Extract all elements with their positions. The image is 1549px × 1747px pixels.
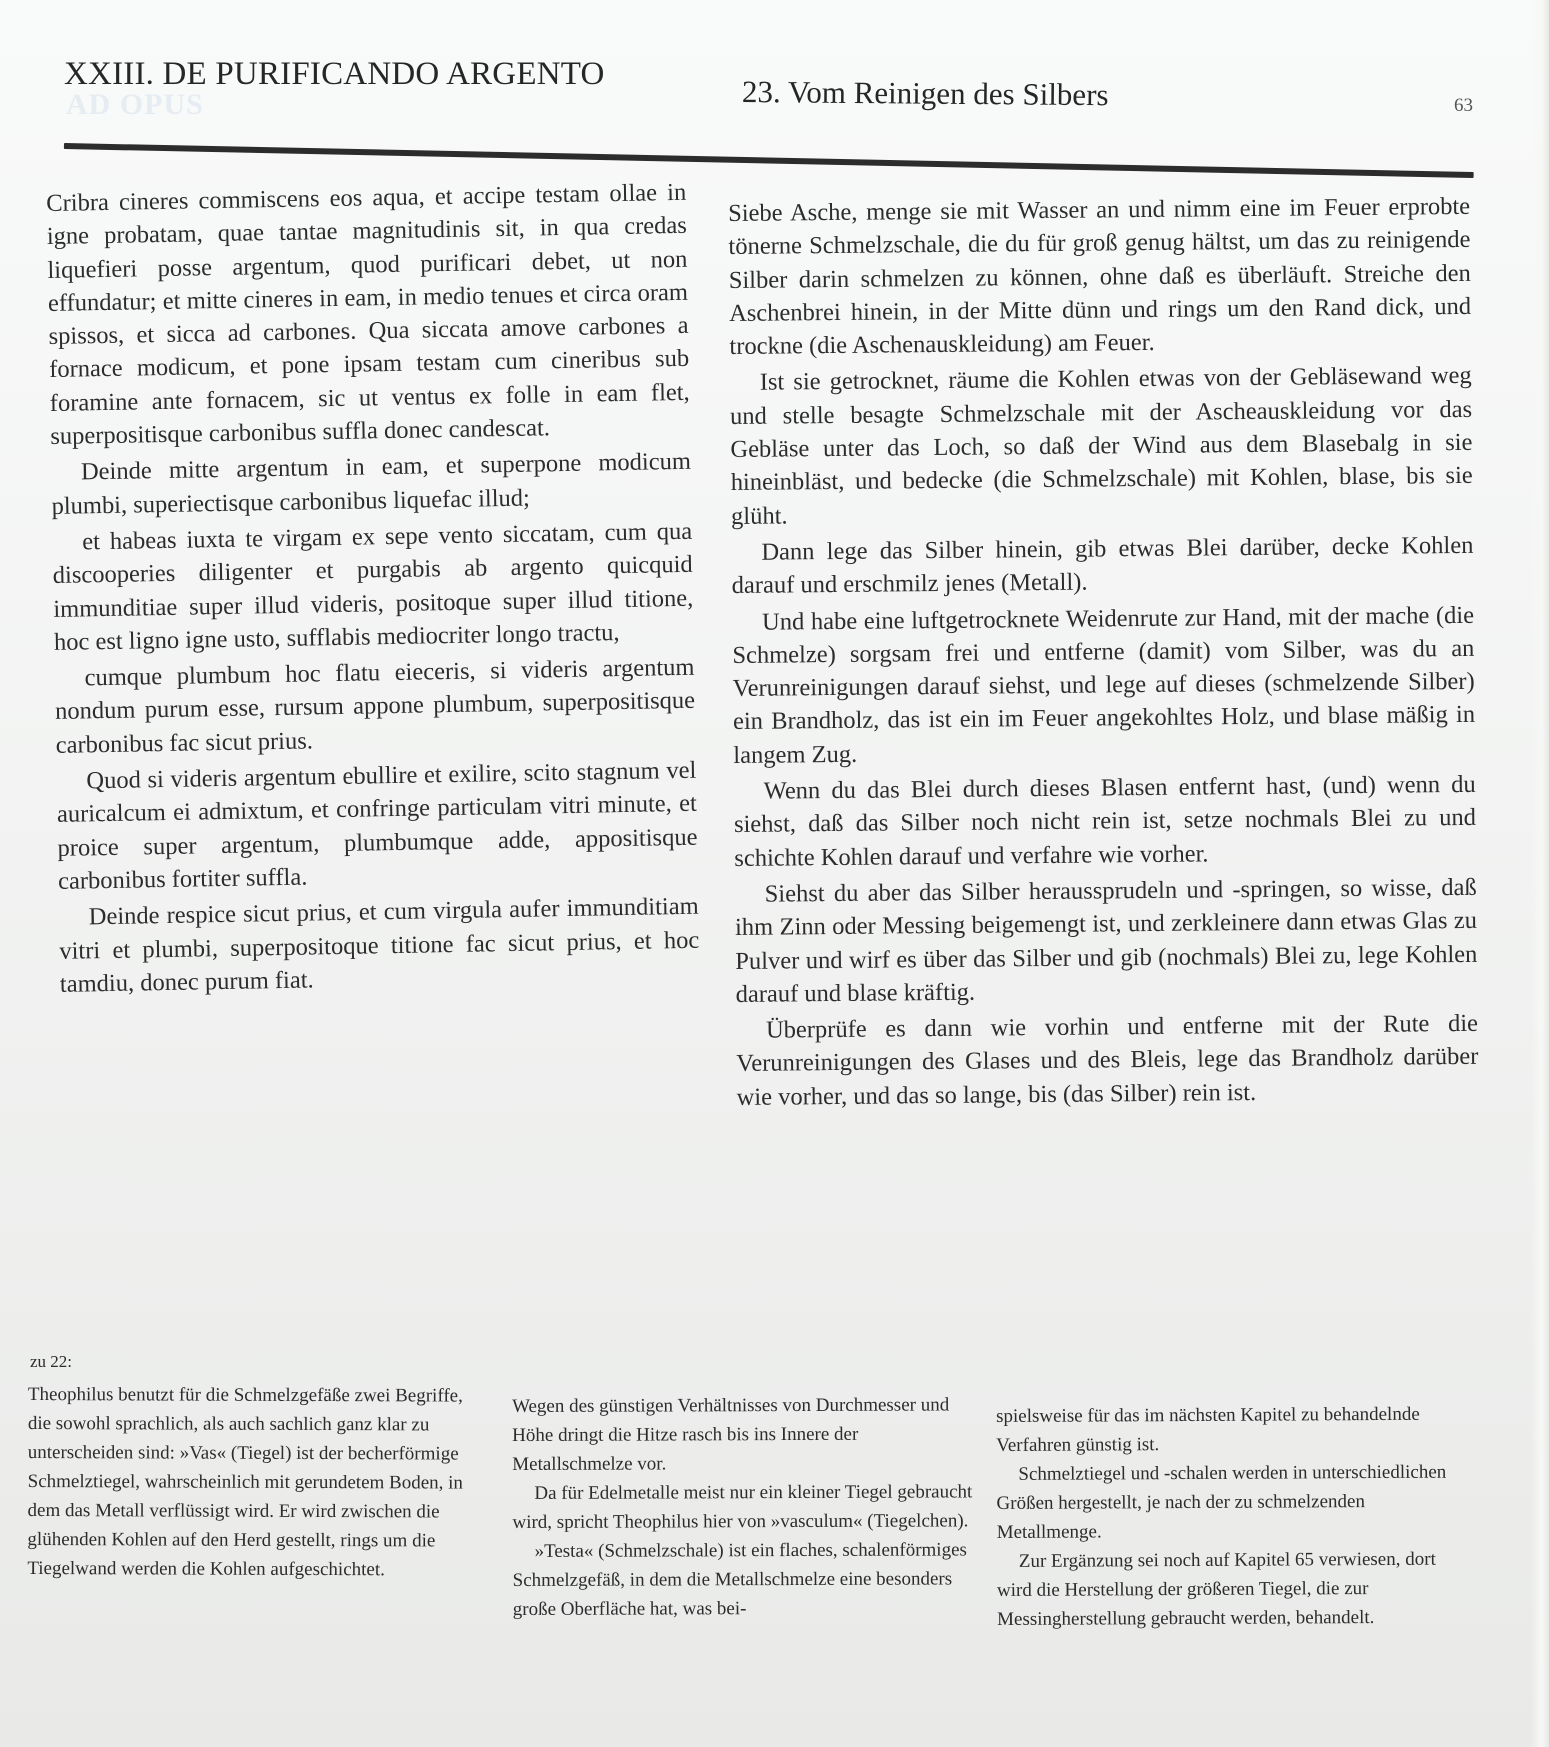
german-text-column: Siebe Asche, menge sie mit Wasser an und… [728,190,1479,1114]
latin-text-column: Cribra cineres commiscens eos aqua, et a… [46,176,700,1001]
bleed-through-text: AD OPUS [66,88,204,122]
latin-paragraph: Deinde mitte argentum in eam, et superpo… [51,445,692,523]
latin-paragraph: cumque plumbum hoc flatu eieceris, si vi… [54,651,696,762]
german-paragraph: Überprüfe es dann wie vorhin und entfern… [736,1007,1479,1114]
latin-paragraph: Quod si videris argentum ebullire et exi… [56,754,698,898]
header-rule [64,143,1474,178]
commentary-column-2: Wegen des günstigen Verhältnisses von Du… [512,1390,973,1624]
notes-heading: zu 22: [30,1352,72,1372]
german-paragraph: Ist sie getrocknet, räume die Kohlen etw… [730,359,1474,533]
latin-paragraph: Cribra cineres commiscens eos aqua, et a… [46,176,691,454]
german-paragraph: Wenn du das Blei durch dieses Blasen ent… [734,768,1477,875]
german-paragraph: Siebe Asche, menge sie mit Wasser an und… [728,190,1472,364]
commentary-column-1: Theophilus benutzt für die Schmelzgefäße… [27,1380,488,1585]
commentary-paragraph: Wegen des günstigen Verhältnisses von Du… [512,1390,972,1479]
latin-chapter-title: XXIII. DE PURIFICANDO ARGENTO [64,56,605,93]
commentary-paragraph: Zur Ergänzung sei noch auf Kapitel 65 ve… [997,1545,1447,1634]
commentary-paragraph: spielsweise für das im nächsten Kapitel … [996,1400,1446,1460]
page-number: 63 [1454,95,1473,117]
latin-paragraph: Deinde respice sicut prius, et cum virgu… [58,890,700,1001]
commentary-column-3: spielsweise für das im nächsten Kapitel … [996,1400,1447,1634]
page-edge-shadow [1531,0,1549,1747]
german-chapter-title: 23. Vom Reinigen des Silbers [742,74,1109,113]
commentary-paragraph: Theophilus benutzt für die Schmelzgefäße… [27,1380,488,1585]
commentary-paragraph: Schmelztiegel und -schalen werden in unt… [996,1458,1446,1547]
german-paragraph: Dann lege das Silber hinein, gib etwas B… [731,529,1474,603]
commentary-paragraph: Da für Edelmetalle meist nur ein kleiner… [512,1477,972,1537]
commentary-paragraph: »Testa« (Schmelzschale) ist ein flaches,… [513,1535,973,1624]
german-paragraph: Siehst du aber das Silber heraussprudeln… [735,871,1478,1011]
german-paragraph: Und habe eine luftgetrocknete Weidenrute… [732,598,1476,772]
latin-paragraph: et habeas iuxta te virgam ex sepe vento … [52,515,694,659]
